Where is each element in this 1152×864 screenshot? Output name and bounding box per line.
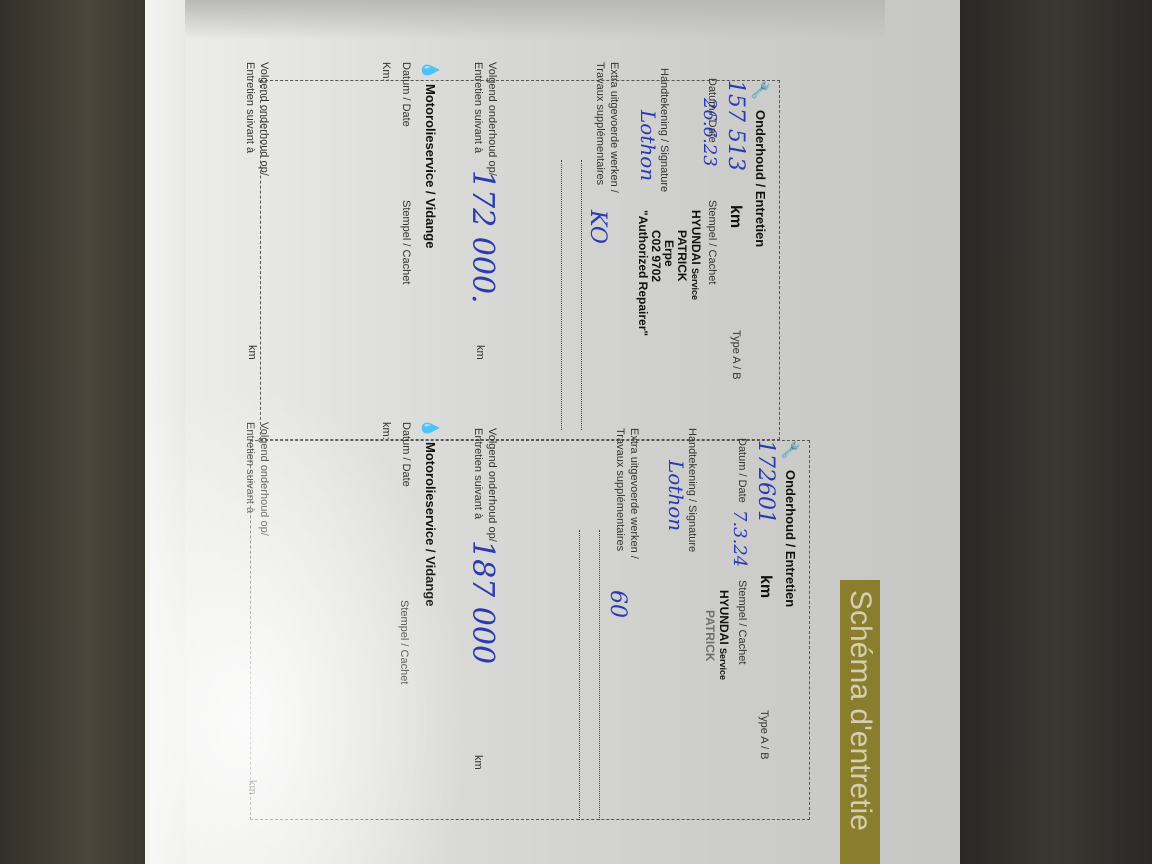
entry-2-signature-value: Lothon (664, 460, 688, 531)
stamp-brand: HYUNDAI (717, 590, 731, 645)
entry-1-dealer-stamp: HYUNDAI Service PATRICK Erpe C02 9702 "A… (636, 210, 702, 336)
entry-1-km-value: 157 513 (723, 80, 748, 171)
entry-1-type-label: Type A / B (730, 330, 742, 380)
entry-1-stamp-label: Stempel / Cachet (706, 200, 718, 284)
entry-2-extra-line (579, 530, 580, 820)
entry-1-date-value: 26.6.23 (699, 98, 720, 167)
entry-2-date-label: Datum / Date (736, 438, 748, 503)
stamp-code: C02 9702 (649, 210, 662, 336)
booklet-spine (145, 0, 185, 864)
entry-2-oil-next-label-2: Entretien suivant à (244, 422, 256, 513)
entry-2-oil-km-label: km: (380, 422, 392, 440)
oil-drop-icon: 💧 (420, 418, 440, 438)
entry-1-next-value: 172 000. (465, 170, 500, 304)
entry-2-oil-stamp-label: Stempel / Cachet (398, 600, 410, 684)
entry-2-km-unit: km (756, 575, 774, 598)
entry-2-oil-next-label-1: Volgend onderhoud op/ (258, 422, 270, 536)
entry-1-next-unit: km (474, 345, 486, 360)
section-title: Schéma d'entretie (840, 580, 880, 864)
entry-2-next-unit: km (472, 755, 484, 770)
entry-1-next-label-2: Entretien suivant à (472, 62, 484, 153)
background-right (960, 0, 1152, 864)
entry-1-extra-label-2: Travaux supplémentaires (594, 62, 606, 185)
entry-1-oil-next-unit: km (246, 345, 258, 360)
entry-1-extra-line (561, 160, 562, 430)
entry-1-next-label-1: Volgend onderhoud op/ (486, 62, 498, 176)
entry-2-km-value: 172601 (753, 440, 778, 524)
entry-2-oil-date-label: Datum / Date (400, 422, 412, 487)
entry-1-km-unit: km (726, 205, 744, 228)
entry-1-extra-value: KO (585, 210, 610, 244)
entry-2-next-label-2: Entretien suivant à (472, 428, 484, 519)
stamp-brand-suffix: Service (718, 648, 728, 680)
oil-drop-icon: 💧 (420, 60, 440, 80)
stamp-dealer: PATRICK (675, 210, 688, 336)
entry-1-oil-next-label-2: Entretien suivant à (244, 62, 256, 153)
entry-1-oil-header: Motorolieservice / Vidange (423, 84, 438, 248)
wrench-icon: 🔧 (750, 80, 770, 100)
entry-2-oil-next-unit: km (246, 780, 258, 795)
entry-1-extra-line (581, 160, 582, 430)
stamp-brand-suffix: Service (690, 268, 700, 300)
entry-1-service-header: Onderhoud / Entretien (753, 110, 768, 247)
entry-1-oil-date-label: Datum / Date (400, 62, 412, 127)
stamp-dealer: PATRICK (703, 590, 716, 680)
rotated-page-content: Schéma d'entretie 🔧 Onderhoud / Entretie… (180, 0, 960, 864)
entry-2-next-value: 187 000 (465, 540, 500, 664)
stamp-brand: HYUNDAI (689, 210, 703, 265)
entry-1-signature-value: Lothon (636, 110, 660, 181)
entry-2-stamp-label: Stempel / Cachet (736, 580, 748, 664)
entry-2-extra-line (599, 530, 600, 820)
entry-1-oil-km-label: Km: (380, 62, 392, 82)
entry-2-date-value: 7.3.24 (729, 510, 750, 567)
stamp-city: Erpe (662, 210, 675, 336)
stamp-tagline: "Authorized Repairer" (636, 210, 649, 336)
entry-2-extra-label-2: Travaux supplémentaires (614, 428, 626, 551)
entry-2-dealer-stamp: HYUNDAI Service PATRICK (703, 590, 730, 680)
entry-2-next-label-1: Volgend onderhoud op/ (486, 428, 498, 542)
entry-2-extra-value: 60 (605, 590, 630, 618)
entry-1-oil-stamp-label: Stempel / Cachet (400, 200, 412, 284)
entry-1-extra-label-1: Extra uitgevoerde werken / (608, 62, 620, 193)
entry-2-extra-label-1: Extra uitgevoerde werken / (628, 428, 640, 559)
wrench-icon: 🔧 (780, 440, 800, 460)
entry-2-service-header: Onderhoud / Entretien (783, 470, 798, 607)
entry-1-oil-next-label-1: Volgend onderhoud op/ (258, 62, 270, 176)
entry-2-oil-header: Motorolieservice / Vidange (423, 442, 438, 606)
entry-2-type-label: Type A / B (758, 710, 770, 760)
background-left (0, 0, 150, 864)
